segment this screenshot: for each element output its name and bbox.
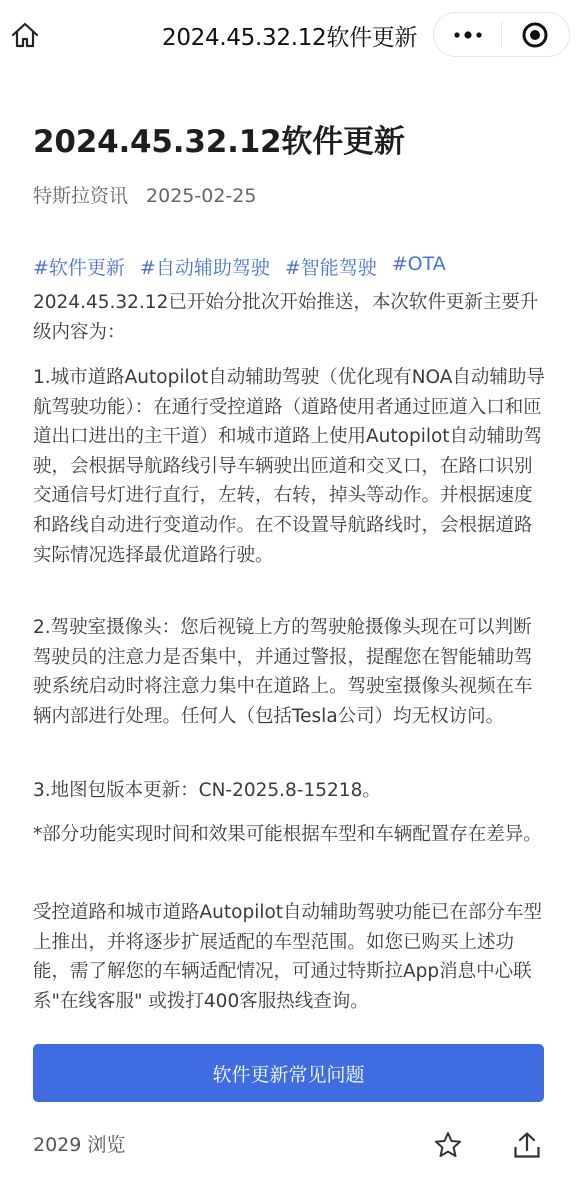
paragraph-availability: 受控道路和城市道路Autopilot自动辅助驾驶功能已在部分车型上推出，并将逐步…	[33, 898, 548, 1016]
share-icon	[512, 1130, 542, 1160]
tag-list: #软件更新 #自动辅助驾驶 #智能驾驶 #OTA	[33, 253, 446, 280]
view-count: 2029 浏览	[33, 1130, 125, 1157]
article-source: 特斯拉资讯	[33, 185, 128, 207]
faq-button[interactable]: 软件更新常见问题	[33, 1044, 544, 1102]
tag-item[interactable]: #智能驾驶	[285, 253, 377, 280]
nav-title: 2024.45.32.12软件更新	[162, 19, 417, 52]
home-icon	[10, 20, 40, 50]
share-button[interactable]	[510, 1128, 544, 1162]
tag-item[interactable]: #软件更新	[33, 253, 125, 280]
tag-item[interactable]: #OTA	[392, 253, 446, 280]
target-close-icon	[521, 21, 549, 49]
article-meta: 特斯拉资讯2025-02-25	[33, 181, 256, 208]
star-icon	[433, 1130, 463, 1160]
more-dots-icon	[451, 29, 485, 41]
paragraph-note: *部分功能实现时间和效果可能根据车型和车辆配置存在差异。	[33, 820, 548, 850]
paragraph-item-2: 2.驾驶室摄像头：您后视镜上方的驾驶舱摄像头现在可以判断驾驶员的注意力是否集中，…	[33, 613, 548, 731]
tag-item[interactable]: #自动辅助驾驶	[140, 253, 270, 280]
article-title: 2024.45.32.12软件更新	[33, 116, 405, 161]
paragraph-intro: 2024.45.32.12已开始分批次开始推送，本次软件更新主要升级内容为：	[33, 288, 548, 347]
article-date: 2025-02-25	[146, 185, 256, 207]
paragraph-item-1: 1.城市道路Autopilot自动辅助驾驶（优化现有NOA自动辅助导航驾驶功能）…	[33, 363, 548, 570]
paragraph-item-3: 3.地图包版本更新：CN-2025.8-15218。	[33, 776, 548, 806]
more-button[interactable]	[434, 13, 501, 56]
capsule-menu	[433, 12, 570, 57]
home-button[interactable]	[8, 18, 42, 52]
close-miniprogram-button[interactable]	[502, 13, 569, 56]
favorite-button[interactable]	[431, 1128, 465, 1162]
navigation-bar: 2024.45.32.12软件更新	[0, 0, 577, 68]
